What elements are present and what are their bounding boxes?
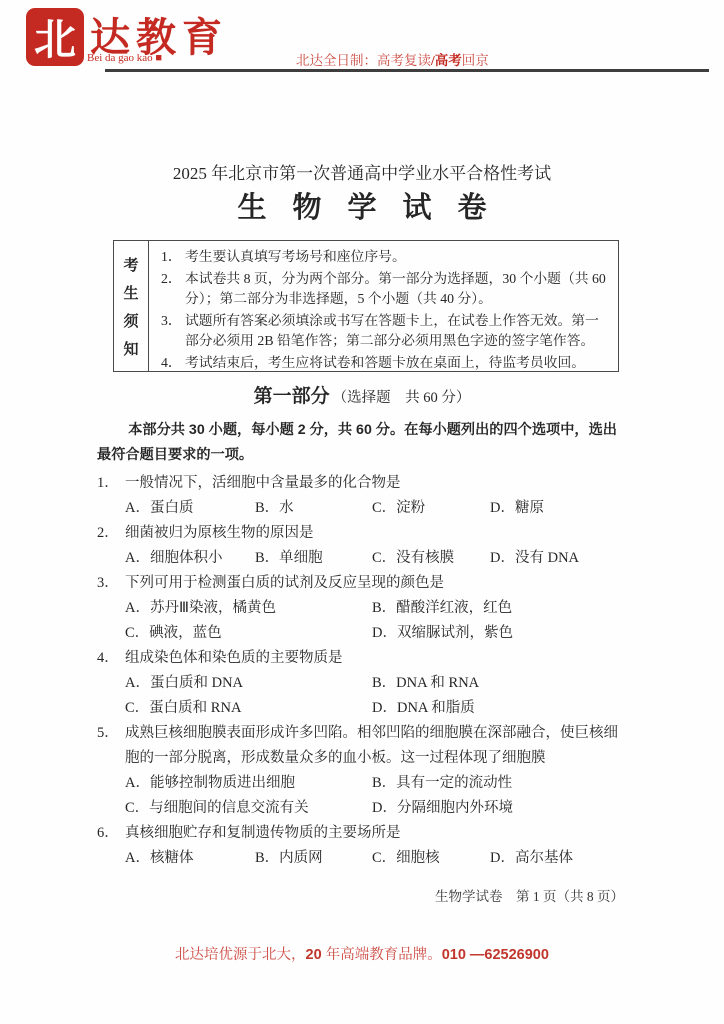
- notice-label: 考 生 须 知: [114, 241, 149, 371]
- notice-item: 1．考生要认真填写考场号和座位序号。: [161, 247, 610, 267]
- notice-items: 1．考生要认真填写考场号和座位序号。 2．本试卷共 8 页，分为两个部分。第一部…: [149, 241, 618, 371]
- notice-label-char: 生: [123, 282, 138, 303]
- question-stem: 2．细菌被归为原核生物的原因是: [97, 521, 627, 546]
- logo-seal-icon: 北: [28, 10, 82, 64]
- option-b: B．醋酸洋红液，红色: [372, 596, 627, 621]
- option-b: B．水: [255, 496, 372, 521]
- notice-item-number: 2．: [161, 269, 185, 309]
- option-d: D．分隔细胞内外环境: [372, 796, 627, 821]
- subject-title: 生物学试卷: [97, 189, 627, 227]
- question-options: A．细胞体积小 B．单细胞 C．没有核膜 D．没有 DNA: [125, 546, 627, 571]
- option-a: A．能够控制物质进出细胞: [125, 771, 372, 796]
- question-number: 6．: [97, 821, 125, 846]
- option-c: C．蛋白质和 RNA: [125, 696, 372, 721]
- tagline-text: 北达全日制：高考复读: [296, 53, 431, 68]
- question-number: 1．: [97, 471, 125, 496]
- notice-item: 2．本试卷共 8 页，分为两个部分。第一部分为选择题，30 个小题（共 60 分…: [161, 269, 610, 309]
- question-text: 真核细胞贮存和复制遗传物质的主要场所是: [125, 821, 627, 846]
- notice-item: 3．试题所有答案必须填涂或书写在答题卡上，在试卷上作答无效。第一部分必须用 2B…: [161, 311, 610, 351]
- question-stem: 4．组成染色体和染色质的主要物质是: [97, 646, 627, 671]
- option-d: D．高尔基体: [490, 846, 627, 871]
- page-number-footer: 生物学试卷 第 1 页（共 8 页）: [435, 885, 624, 905]
- notice-label-char: 考: [123, 254, 138, 275]
- notice-label-char: 知: [123, 338, 138, 359]
- question-options: A．苏丹Ⅲ染液，橘黄色 B．醋酸洋红液，红色 C．碘液，蓝色 D．双缩脲试剂，紫…: [125, 596, 627, 646]
- option-c: C．没有核膜: [372, 546, 490, 571]
- option-c: C．淀粉: [372, 496, 490, 521]
- option-b: B．具有一定的流动性: [372, 771, 627, 796]
- notice-label-char: 须: [123, 310, 138, 331]
- question-text: 一般情况下，活细胞中含量最多的化合物是: [125, 471, 627, 496]
- brand-footer-years: 20: [306, 947, 322, 963]
- option-c: C．与细胞间的信息交流有关: [125, 796, 372, 821]
- question-text: 成熟巨核细胞膜表面形成许多凹陷。相邻凹陷的细胞膜在深部融合，使巨核细胞的一部分脱…: [125, 721, 627, 771]
- question-options: A．能够控制物质进出细胞 B．具有一定的流动性 C．与细胞间的信息交流有关 D．…: [125, 771, 627, 821]
- tagline-suffix-text: 回京: [462, 53, 489, 68]
- logo-subtitle: Bei da gao kao ■: [87, 52, 162, 64]
- tagline-bold-text: /高考: [431, 53, 462, 68]
- option-d: D．DNA 和脂质: [372, 696, 627, 721]
- notice-item-number: 4．: [161, 353, 185, 373]
- question-number: 4．: [97, 646, 125, 671]
- question-2: 2．细菌被归为原核生物的原因是 A．细胞体积小 B．单细胞 C．没有核膜 D．没…: [97, 521, 627, 571]
- page-body: 2025 年北京市第一次普通高中学业水平合格性考试 生物学试卷 考 生 须 知 …: [97, 162, 627, 871]
- option-a: A．核糖体: [125, 846, 255, 871]
- question-1: 1．一般情况下，活细胞中含量最多的化合物是 A．蛋白质 B．水 C．淀粉 D．糖…: [97, 471, 627, 521]
- question-stem: 3．下列可用于检测蛋白质的试剂及反应呈现的颜色是: [97, 571, 627, 596]
- question-options: A．核糖体 B．内质网 C．细胞核 D．高尔基体: [125, 846, 627, 871]
- question-5: 5．成熟巨核细胞膜表面形成许多凹陷。相邻凹陷的细胞膜在深部融合，使巨核细胞的一部…: [97, 721, 627, 821]
- option-b: B．DNA 和 RNA: [372, 671, 627, 696]
- question-stem: 6．真核细胞贮存和复制遗传物质的主要场所是: [97, 821, 627, 846]
- question-number: 2．: [97, 521, 125, 546]
- option-a: A．蛋白质: [125, 496, 255, 521]
- option-b: B．内质网: [255, 846, 372, 871]
- brand-footer: 北达培优源于北大，20 年高端教育品牌。010 —62526900: [0, 943, 724, 964]
- option-c: C．细胞核: [372, 846, 490, 871]
- question-text: 下列可用于检测蛋白质的试剂及反应呈现的颜色是: [125, 571, 627, 596]
- brand-footer-text: 北达培优源于北大，: [175, 947, 306, 963]
- question-number: 3．: [97, 571, 125, 596]
- exam-paper-page: 北 达教育 Bei da gao kao ■ 北达全日制：高考复读/高考回京 2…: [0, 0, 724, 1024]
- question-options: A．蛋白质和 DNA B．DNA 和 RNA C．蛋白质和 RNA D．DNA …: [125, 671, 627, 721]
- notice-item-number: 1．: [161, 247, 185, 267]
- part-one-heading: 第一部分（选择题 共 60 分）: [97, 383, 627, 412]
- option-c: C．碘液，蓝色: [125, 621, 372, 646]
- question-stem: 1．一般情况下，活细胞中含量最多的化合物是: [97, 471, 627, 496]
- question-3: 3．下列可用于检测蛋白质的试剂及反应呈现的颜色是 A．苏丹Ⅲ染液，橘黄色 B．醋…: [97, 571, 627, 646]
- header-tagline: 北达全日制：高考复读/高考回京: [296, 49, 489, 69]
- option-d: D．糖原: [490, 496, 627, 521]
- notice-item-text: 考生要认真填写考场号和座位序号。: [185, 247, 610, 267]
- brand-footer-phone: 010 —62526900: [442, 947, 549, 963]
- part-one-instructions: 本部分共 30 小题，每小题 2 分，共 60 分。在每小题列出的四个选项中，选…: [97, 418, 627, 468]
- notice-box: 考 生 须 知 1．考生要认真填写考场号和座位序号。 2．本试卷共 8 页，分为…: [113, 240, 619, 372]
- part-one-title: 第一部分: [254, 386, 330, 407]
- notice-item-number: 3．: [161, 311, 185, 351]
- question-number: 5．: [97, 721, 125, 771]
- question-text: 组成染色体和染色质的主要物质是: [125, 646, 627, 671]
- option-a: A．细胞体积小: [125, 546, 255, 571]
- option-d: D．双缩脲试剂，紫色: [372, 621, 627, 646]
- option-a: A．蛋白质和 DNA: [125, 671, 372, 696]
- exam-title: 2025 年北京市第一次普通高中学业水平合格性考试: [97, 162, 627, 186]
- question-options: A．蛋白质 B．水 C．淀粉 D．糖原: [125, 496, 627, 521]
- notice-item-text: 试题所有答案必须填涂或书写在答题卡上，在试卷上作答无效。第一部分必须用 2B 铅…: [185, 311, 610, 351]
- notice-item: 4．考试结束后，考生应将试卷和答题卡放在桌面上，待监考员收回。: [161, 353, 610, 373]
- question-list: 1．一般情况下，活细胞中含量最多的化合物是 A．蛋白质 B．水 C．淀粉 D．糖…: [97, 471, 627, 871]
- option-a: A．苏丹Ⅲ染液，橘黄色: [125, 596, 372, 621]
- question-6: 6．真核细胞贮存和复制遗传物质的主要场所是 A．核糖体 B．内质网 C．细胞核 …: [97, 821, 627, 871]
- brand-footer-text: 年高端教育品牌。: [322, 947, 442, 963]
- header-divider: [105, 69, 709, 72]
- question-4: 4．组成染色体和染色质的主要物质是 A．蛋白质和 DNA B．DNA 和 RNA…: [97, 646, 627, 721]
- page-number-label: 生物学试卷 第 1 页（共 8 页）: [435, 889, 624, 904]
- part-one-subtitle: （选择题 共 60 分）: [333, 390, 471, 406]
- option-d: D．没有 DNA: [490, 546, 627, 571]
- notice-item-text: 考试结束后，考生应将试卷和答题卡放在桌面上，待监考员收回。: [185, 353, 610, 373]
- notice-item-text: 本试卷共 8 页，分为两个部分。第一部分为选择题，30 个小题（共 60 分）；…: [185, 269, 610, 309]
- question-stem: 5．成熟巨核细胞膜表面形成许多凹陷。相邻凹陷的细胞膜在深部融合，使巨核细胞的一部…: [97, 721, 627, 771]
- option-b: B．单细胞: [255, 546, 372, 571]
- question-text: 细菌被归为原核生物的原因是: [125, 521, 627, 546]
